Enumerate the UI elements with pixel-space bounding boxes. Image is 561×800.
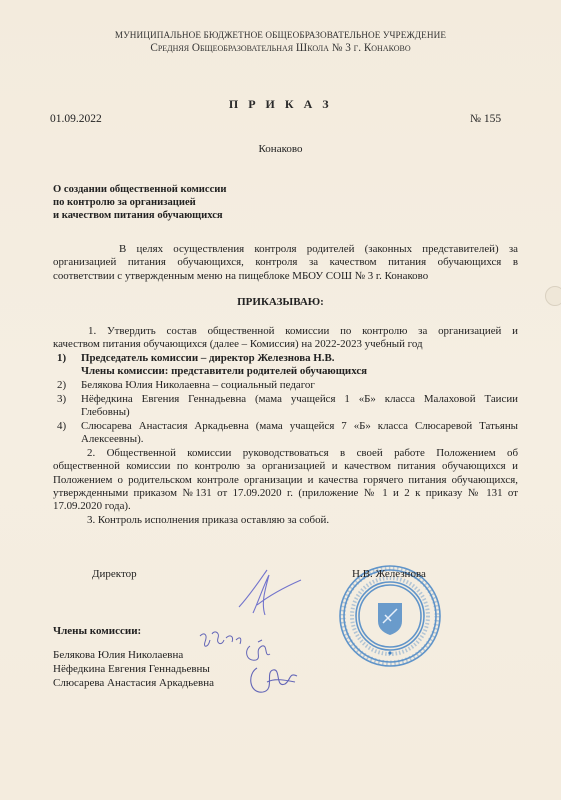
list-line: Слюсарева Анастасия Аркадьевна (мама уча…	[81, 420, 518, 433]
order-subject: О создании общественной комиссии по конт…	[53, 183, 227, 222]
list-line: Председатель комиссии – директор Железно…	[81, 352, 517, 365]
document-title: П Р И К А З	[0, 97, 561, 112]
subject-line: О создании общественной комиссии	[53, 183, 227, 196]
members-title: Члены комиссии:	[53, 625, 141, 637]
item1-line: качеством питания обучающихся (далее – К…	[53, 338, 518, 351]
member-signature-icon	[245, 662, 300, 702]
item2-line: 17.09.2020 года).	[53, 500, 518, 513]
order-number: № 155	[470, 113, 501, 125]
list-line: Алексеевны).	[81, 433, 518, 446]
item2-line: общественной комиссии по контролю за орг…	[53, 460, 518, 473]
member-name: Белякова Юлия Николаевна	[53, 649, 183, 661]
list-item-member: 2) Белякова Юлия Николаевна – социальный…	[57, 379, 517, 392]
decree-word: ПРИКАЗЫВАЮ:	[0, 296, 561, 308]
director-signature-icon	[235, 565, 305, 620]
list-line: Нёфедкина Евгения Геннадьевна (мама учащ…	[81, 393, 518, 406]
preamble-line: В целях осуществления контроля родителей…	[53, 243, 518, 256]
list-item-chairman: 1) Председатель комиссии – директор Желе…	[57, 352, 517, 379]
member-signature-icon	[196, 628, 246, 656]
subject-line: по контролю за организацией	[53, 196, 227, 209]
signatory-name: Н.В. Железнова	[352, 568, 426, 580]
order-date: 01.09.2022	[50, 113, 102, 125]
subject-line: и качеством питания обучающихся	[53, 209, 227, 222]
item2-line: Положением о родительском контроле орган…	[53, 474, 518, 487]
list-item-member: 4) Слюсарева Анастасия Аркадьевна (мама …	[57, 420, 518, 447]
document-page: МУНИЦИПАЛЬНОЕ БЮДЖЕТНОЕ ОБЩЕОБРАЗОВАТЕЛЬ…	[0, 0, 561, 800]
preamble-line: организацией питания обучающихся, контро…	[53, 256, 518, 269]
institution-name-line1: МУНИЦИПАЛЬНОЕ БЮДЖЕТНОЕ ОБЩЕОБРАЗОВАТЕЛЬ…	[0, 30, 561, 40]
item2-paragraph: 2. Общественной комиссии руководствовать…	[53, 447, 518, 513]
list-number: 1)	[57, 352, 66, 365]
preamble-paragraph: В целях осуществления контроля родителей…	[53, 243, 518, 283]
item2-line: утвержденными приказом №131 от 17.09.202…	[53, 487, 518, 500]
item2-line: 2. Общественной комиссии руководствовать…	[53, 447, 518, 460]
item1-paragraph: 1. Утвердить состав общественной комисси…	[53, 325, 518, 352]
preamble-line: соответствии с утвержденным меню на пище…	[53, 270, 518, 283]
signatory-role: Директор	[92, 568, 137, 580]
member-name: Слюсарева Анастасия Аркадьевна	[53, 677, 214, 689]
item3-text: 3. Контроль исполнения приказа оставляю …	[87, 514, 329, 526]
list-line: Члены комиссии: представители родителей …	[81, 365, 517, 378]
list-line: Глебовны)	[81, 406, 518, 419]
institution-name-line2: Средняя Общеобразовательная Школа № 3 г.…	[0, 42, 561, 54]
item1-line: 1. Утвердить состав общественной комисси…	[53, 325, 518, 338]
order-city: Конаково	[0, 143, 561, 155]
list-line: Белякова Юлия Николаевна – социальный пе…	[81, 379, 517, 392]
list-number: 3)	[57, 393, 66, 406]
member-name: Нёфедкина Евгения Геннадьевны	[53, 663, 210, 675]
list-number: 2)	[57, 379, 66, 392]
list-item-member: 3) Нёфедкина Евгения Геннадьевна (мама у…	[57, 393, 518, 420]
list-number: 4)	[57, 420, 66, 433]
